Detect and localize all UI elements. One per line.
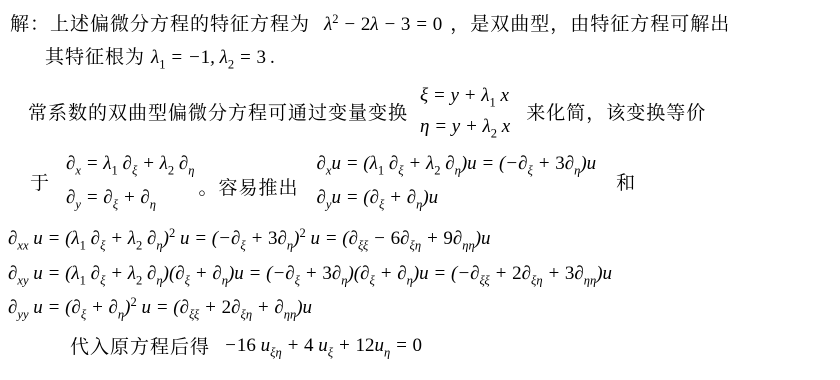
transform-text-before: 常系数的双曲型偏微分方程可通过变量变换 bbox=[28, 98, 408, 125]
dyu-equation: ∂yu = (∂ξ + ∂η)u bbox=[317, 187, 439, 210]
solution-line-2: 其特征根为λ1 = −1, λ2 = 3. bbox=[0, 36, 840, 69]
dxx-equation: ∂xx u = (λ1 ∂ξ + λ2 ∂η)2 u = (−∂ξ + 3∂η)… bbox=[8, 226, 840, 252]
conclusion-text: 代入原方程后得 bbox=[70, 332, 210, 359]
xi-equation: ξ = y + λ1 x bbox=[420, 85, 509, 108]
document-page: 解：上述偏微分方程的特征方程为λ2 − 2λ − 3 = 0，是双曲型，由特征方… bbox=[0, 0, 840, 380]
transform-paragraph: 常系数的双曲型偏微分方程可通过变量变换 ξ = y + λ1 x η = y +… bbox=[28, 85, 840, 139]
operators-paragraph: 于 ∂x = λ1 ∂ξ + λ2 ∂η ∂y = ∂ξ + ∂η 。容易推出 … bbox=[30, 153, 840, 211]
dxu-equation: ∂xu = (λ1 ∂ξ + λ2 ∂η)u = (−∂ξ + 3∂η)u bbox=[317, 153, 597, 176]
solution-line1-prefix: 解：上述偏微分方程的特征方程为 bbox=[10, 14, 310, 35]
dxy-equation: ∂xy u = (λ1 ∂ξ + λ2 ∂η)(∂ξ + ∂η)u = (−∂ξ… bbox=[8, 261, 840, 287]
operators-text-yu: 于 bbox=[30, 168, 50, 195]
dxx-equation-math: ∂xx u = (λ1 ∂ξ + λ2 ∂η)2 u = (−∂ξ + 3∂η)… bbox=[8, 228, 491, 249]
dy-operator-equation: ∂y = ∂ξ + ∂η bbox=[66, 187, 156, 210]
solution-line-1: 解：上述偏微分方程的特征方程为λ2 − 2λ − 3 = 0，是双曲型，由特征方… bbox=[0, 0, 840, 36]
dxy-equation-math: ∂xy u = (λ1 ∂ξ + λ2 ∂η)(∂ξ + ∂η)u = (−∂ξ… bbox=[8, 263, 612, 284]
characteristic-equation: λ2 − 2λ − 3 = 0 bbox=[324, 14, 442, 35]
characteristic-roots: λ1 = −1, λ2 = 3 bbox=[151, 47, 266, 68]
dyy-equation: ∂yy u = (∂ξ + ∂η)2 u = (∂ξξ + 2∂ξη + ∂ηη… bbox=[8, 295, 840, 321]
transform-equation-system: ξ = y + λ1 x η = y + λ2 x bbox=[420, 85, 510, 139]
operator-definition-system: ∂x = λ1 ∂ξ + λ2 ∂η ∂y = ∂ξ + ∂η bbox=[66, 153, 194, 211]
operators-text-middle: 。容易推出 bbox=[199, 173, 299, 200]
operators-text-and: 和 bbox=[616, 168, 636, 195]
dx-operator-equation: ∂x = λ1 ∂ξ + λ2 ∂η bbox=[66, 153, 194, 176]
conclusion-line: 代入原方程后得 −16 uξη + 4 uξ + 12uη = 0 bbox=[70, 332, 840, 359]
eta-equation: η = y + λ2 x bbox=[420, 116, 510, 139]
first-derivative-system: ∂xu = (λ1 ∂ξ + λ2 ∂η)u = (−∂ξ + 3∂η)u ∂y… bbox=[317, 153, 597, 211]
solution-line2-prefix: 其特征根为 bbox=[45, 47, 145, 68]
transform-text-after: 来化简，该变换等价 bbox=[526, 98, 706, 125]
dyy-equation-math: ∂yy u = (∂ξ + ∂η)2 u = (∂ξξ + 2∂ξη + ∂ηη… bbox=[8, 297, 312, 318]
solution-line1-suffix: ，是双曲型，由特征方程可解出 bbox=[450, 14, 730, 35]
reduced-equation: −16 uξη + 4 uξ + 12uη = 0 bbox=[224, 335, 422, 357]
solution-line2-suffix: . bbox=[270, 47, 276, 68]
